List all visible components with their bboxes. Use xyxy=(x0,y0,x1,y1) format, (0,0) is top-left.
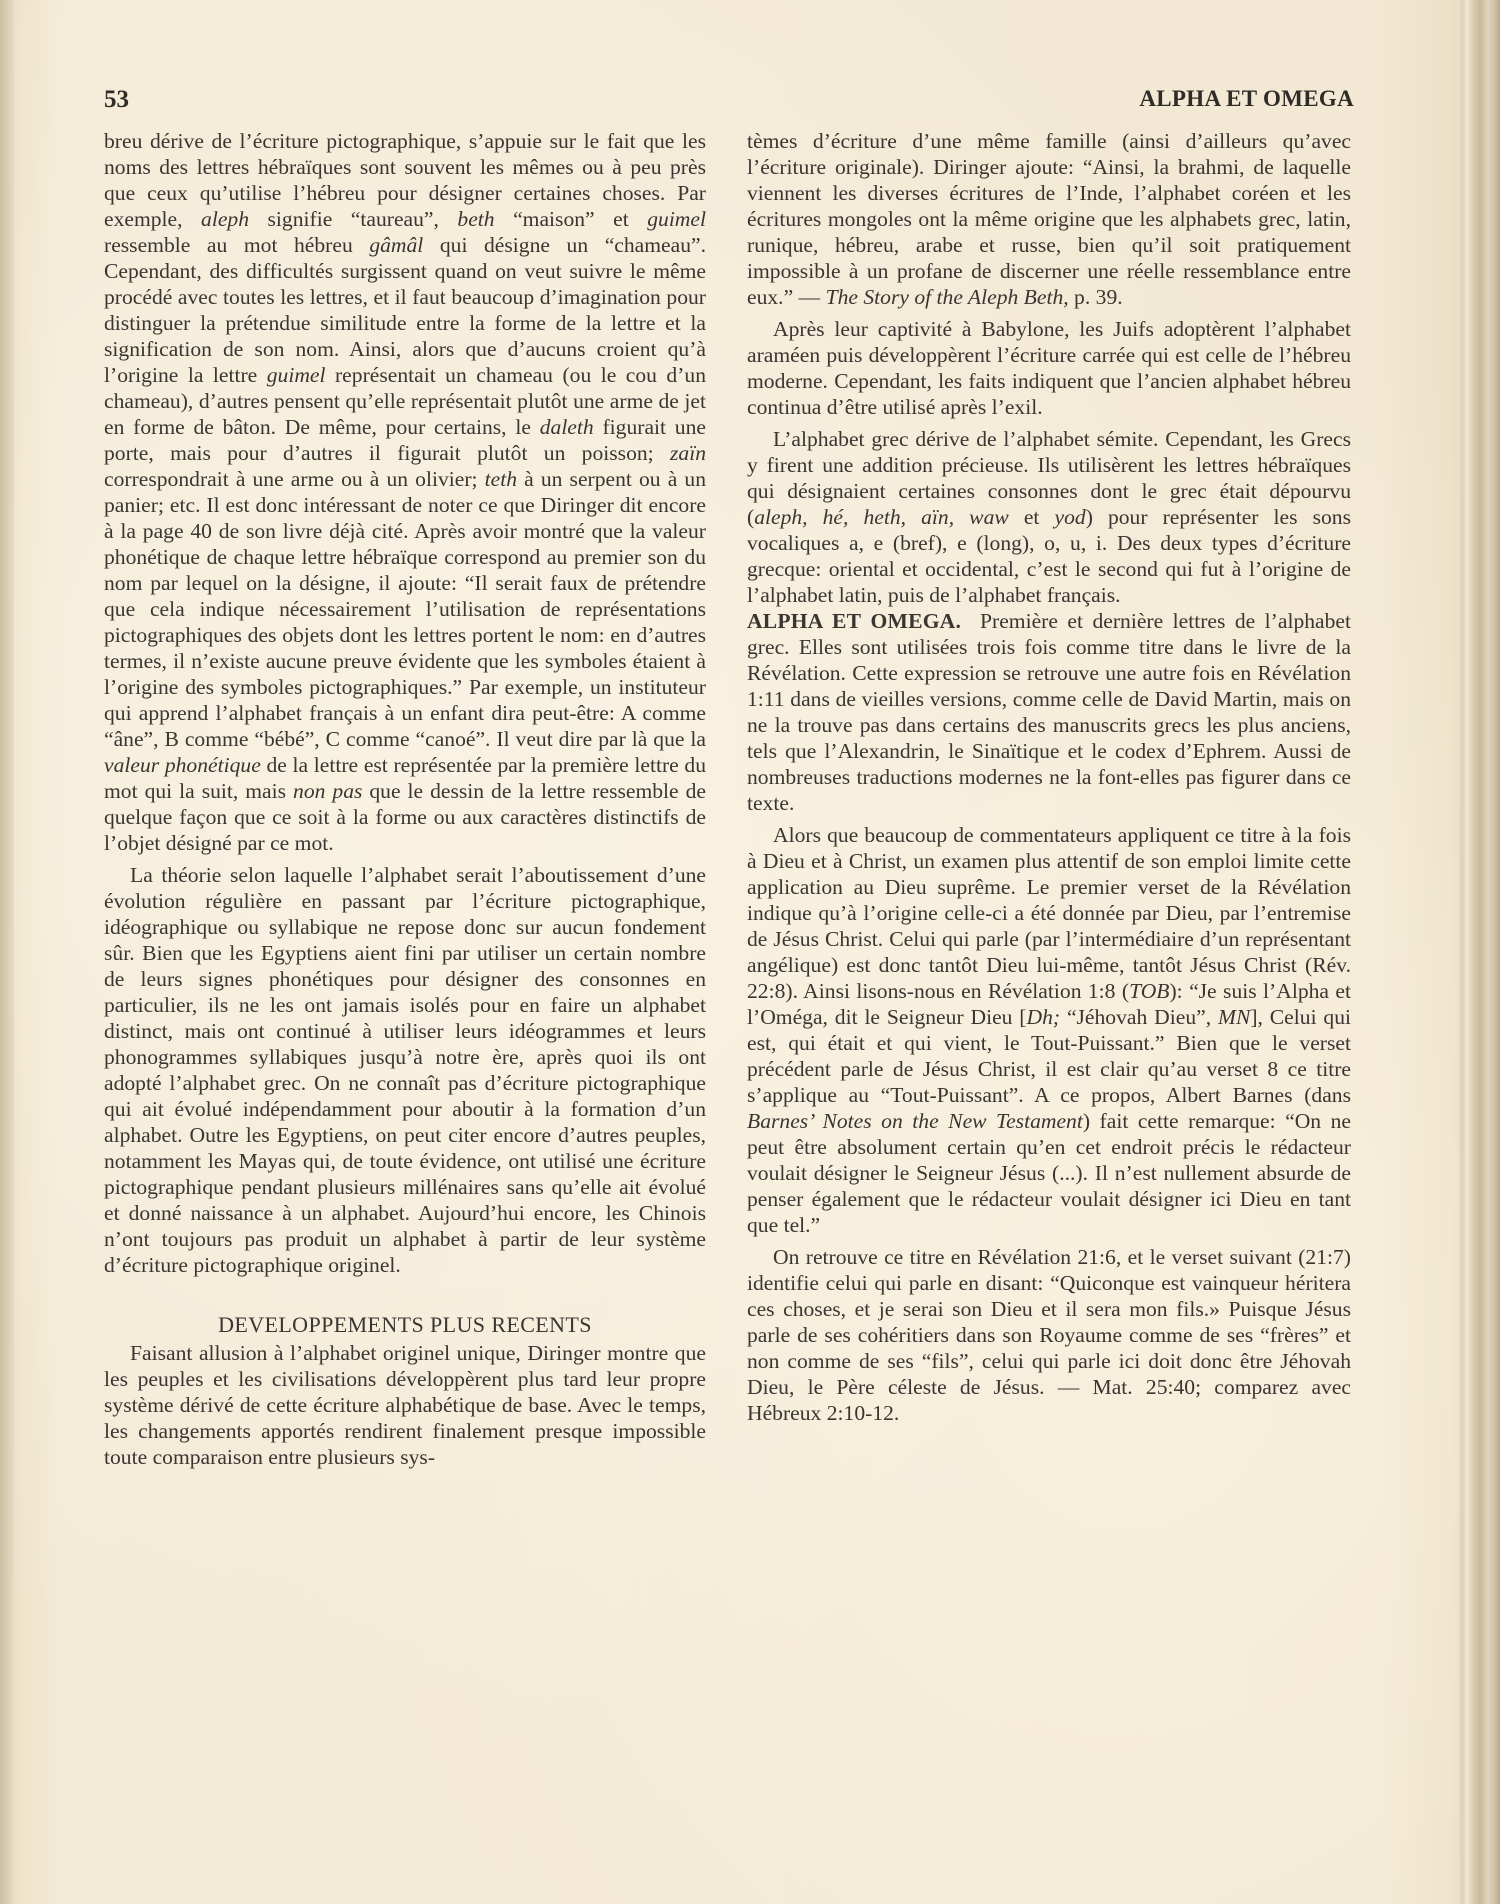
entry-term: ALPHA ET OMEGA. xyxy=(747,609,961,633)
scanned-page: 53 ALPHA ET OMEGA breu dérive de l’écrit… xyxy=(0,0,1500,1904)
paragraph-greek-alphabet: L’alphabet grec dérive de l’alphabet sém… xyxy=(747,426,1351,608)
paragraph-babylon: Après leur captivité à Babylone, les Jui… xyxy=(747,316,1351,420)
right-column: tèmes d’écriture d’une même famille (ain… xyxy=(747,128,1351,1426)
term-aleph: aleph xyxy=(201,207,249,231)
paragraph-continued: breu dérive de l’écriture pictographique… xyxy=(104,128,706,856)
term-daleth: daleth xyxy=(540,415,594,439)
citation-title: The Story of the Aleph Beth, xyxy=(826,285,1069,309)
term-guimel: guimel xyxy=(647,207,706,231)
dictionary-entry: ALPHA ET OMEGA. Première et dernière let… xyxy=(747,608,1351,816)
paragraph-commentators: Alors que beaucoup de commentateurs appl… xyxy=(747,822,1351,1238)
term-beth: beth xyxy=(457,207,494,231)
paragraph-developments: Faisant allusion à l’alphabet originel u… xyxy=(104,1340,706,1470)
citation-barnes: Barnes’ Notes on the New Testament xyxy=(747,1109,1083,1133)
book-edge xyxy=(1458,0,1500,1904)
section-heading: DEVELOPPEMENTS PLUS RECENTS xyxy=(104,1312,706,1338)
paragraph-theory: La théorie selon laquelle l’alphabet ser… xyxy=(104,862,706,1278)
page-left-edge xyxy=(0,0,14,1904)
page-header: 53 ALPHA ET OMEGA xyxy=(104,86,1354,116)
paragraph-revelation-21: On retrouve ce titre en Révélation 21:6,… xyxy=(747,1244,1351,1426)
term-gamal: gâmâl xyxy=(369,233,423,257)
page-number: 53 xyxy=(104,86,129,114)
running-head: ALPHA ET OMEGA xyxy=(1139,86,1354,112)
paragraph-continued-right: tèmes d’écriture d’une même famille (ain… xyxy=(747,128,1351,310)
left-column: breu dérive de l’écriture pictographique… xyxy=(104,128,706,1470)
entry-definition: Première et dernière lettres de l’alphab… xyxy=(747,609,1351,815)
term-teth: teth xyxy=(485,467,517,491)
term-zain: zaïn xyxy=(670,441,706,465)
